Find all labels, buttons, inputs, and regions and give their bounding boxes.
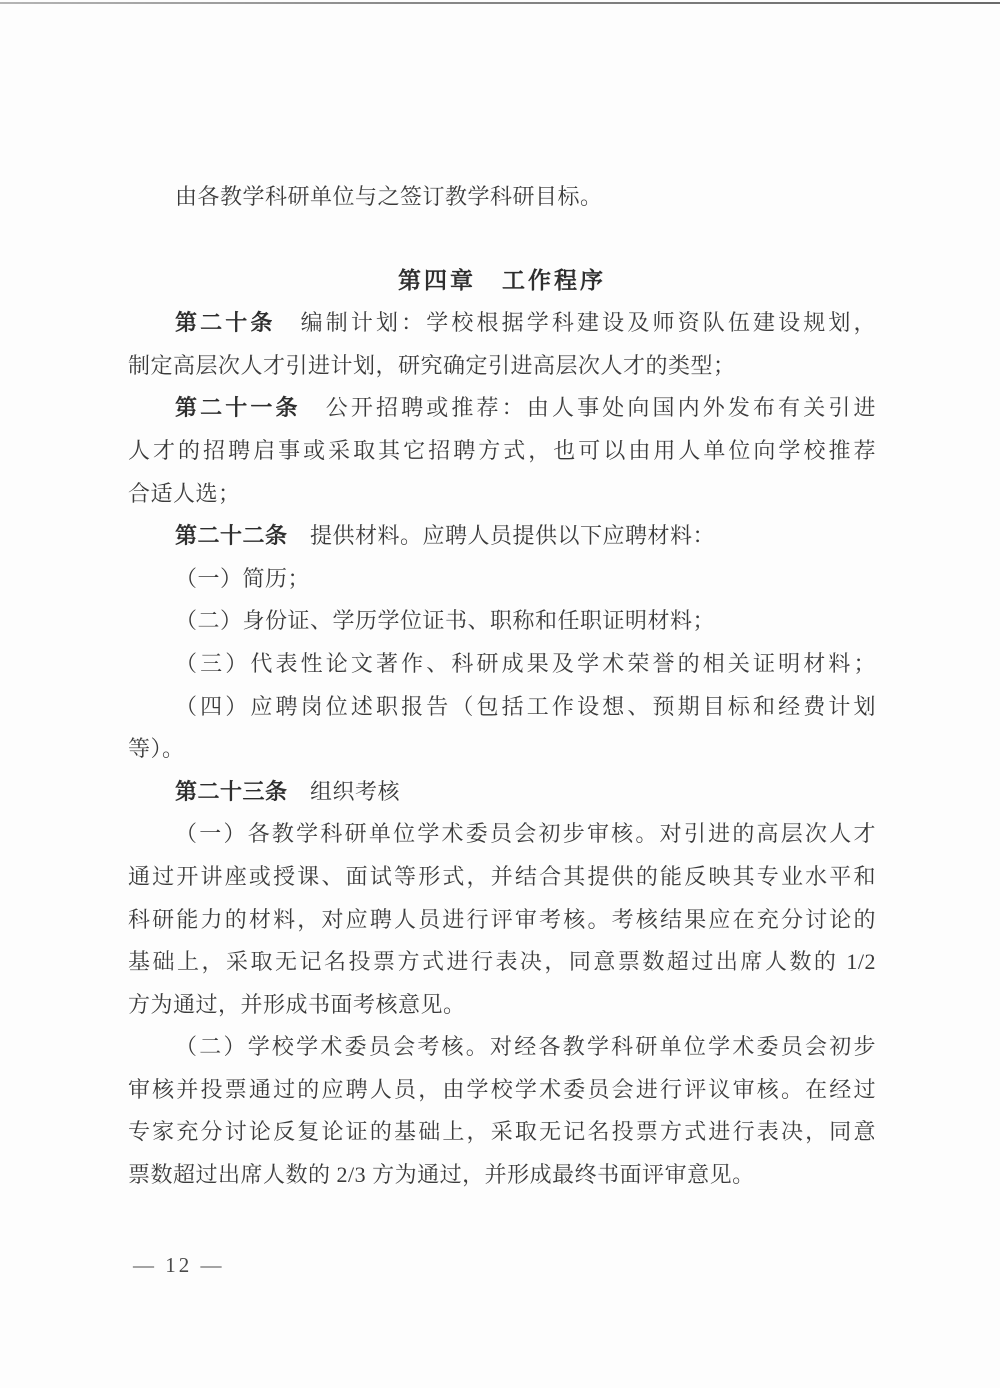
line-text: 科研能力的材料，对应聘人员进行评审考核。考核结果应在充分讨论的 xyxy=(128,907,876,932)
line-text: （二）学校学术委员会考核。对经各教学科研单位学术委员会初步 xyxy=(175,1034,876,1059)
text-line: （一）简历； xyxy=(128,558,876,601)
text-line: （二）身份证、学历学位证书、职称和任职证明材料； xyxy=(128,600,876,643)
text-line: 通过开讲座或授课、面试等形式，并结合其提供的能反映其专业水平和 xyxy=(128,856,876,899)
line-text: 审核并投票通过的应聘人员，由学校学术委员会进行评议审核。在经过 xyxy=(128,1077,876,1102)
line-text: 通过开讲座或授课、面试等形式，并结合其提供的能反映其专业水平和 xyxy=(128,864,876,889)
line-text: 票数超过出席人数的 2/3 方为通过，并形成最终书面评审意见。 xyxy=(128,1162,755,1187)
line-text: 制定高层次人才引进计划，研究确定引进高层次人才的类型； xyxy=(128,353,736,378)
text-line: 审核并投票通过的应聘人员，由学校学术委员会进行评议审核。在经过 xyxy=(128,1069,876,1112)
article-number: 第二十一条 xyxy=(175,395,301,420)
line-text: （四）应聘岗位述职报告（包括工作设想、预期目标和经费计划 xyxy=(175,694,876,719)
text-line: （三）代表性论文著作、科研成果及学术荣誉的相关证明材料； xyxy=(128,643,876,686)
line-text: （一）各教学科研单位学术委员会初步审核。对引进的高层次人才 xyxy=(175,821,876,846)
line-text: 方为通过，并形成书面考核意见。 xyxy=(128,992,466,1017)
text-line: 制定高层次人才引进计划，研究确定引进高层次人才的类型； xyxy=(128,345,876,388)
text-line: 科研能力的材料，对应聘人员进行评审考核。考核结果应在充分讨论的 xyxy=(128,899,876,942)
text-line: （四）应聘岗位述职报告（包括工作设想、预期目标和经费计划 xyxy=(128,686,876,729)
line-text: （二）身份证、学历学位证书、职称和任职证明材料； xyxy=(175,608,715,633)
text-line: 专家充分讨论反复论证的基础上，采取无记名投票方式进行表决，同意 xyxy=(128,1111,876,1154)
line-text: 编制计划：学校根据学科建设及师资队伍建设规划， xyxy=(276,310,876,335)
text-line: （一）各教学科研单位学术委员会初步审核。对引进的高层次人才 xyxy=(128,813,876,856)
text-line: 第二十条 编制计划：学校根据学科建设及师资队伍建设规划， xyxy=(128,302,876,345)
article-number: 第二十三条 xyxy=(175,779,288,804)
line-text: 组织考核 xyxy=(288,779,401,804)
text-line: 人才的招聘启事或采取其它招聘方式，也可以由用人单位向学校推荐 xyxy=(128,430,876,473)
line-text: 人才的招聘启事或采取其它招聘方式，也可以由用人单位向学校推荐 xyxy=(128,438,876,463)
chapter-heading: 第四章 工作程序 xyxy=(128,260,876,303)
line-text: 提供材料。应聘人员提供以下应聘材料： xyxy=(288,523,716,548)
scan-artifact-top-line xyxy=(0,2,1000,4)
line-text: （三）代表性论文著作、科研成果及学术荣誉的相关证明材料； xyxy=(175,651,876,676)
line-text: 基础上，采取无记名投票方式进行表决，同意票数超过出席人数的 1/2 xyxy=(128,949,876,974)
line-text: 专家充分讨论反复论证的基础上，采取无记名投票方式进行表决，同意 xyxy=(128,1119,876,1144)
text-line: （二）学校学术委员会考核。对经各教学科研单位学术委员会初步 xyxy=(128,1026,876,1069)
text-line: 方为通过，并形成书面考核意见。 xyxy=(128,984,876,1027)
intro-paragraph-line: 由各教学科研单位与之签订教学科研目标。 xyxy=(128,176,876,219)
line-text: 公开招聘或推荐：由人事处向国内外发布有关引进 xyxy=(301,395,876,420)
line-text: 合适人选； xyxy=(128,481,241,506)
text-line: 票数超过出席人数的 2/3 方为通过，并形成最终书面评审意见。 xyxy=(128,1154,876,1197)
line-text: 等）。 xyxy=(128,736,185,761)
scanned-document-page: 由各教学科研单位与之签订教学科研目标。 第四章 工作程序 第二十条 编制计划：学… xyxy=(0,0,1000,1388)
text-line: 基础上，采取无记名投票方式进行表决，同意票数超过出席人数的 1/2 xyxy=(128,941,876,984)
text-line: 等）。 xyxy=(128,728,876,771)
article-number: 第二十条 xyxy=(175,310,276,335)
text-line: 第二十二条 提供材料。应聘人员提供以下应聘材料： xyxy=(128,515,876,558)
line-text: （一）简历； xyxy=(175,566,310,591)
document-lines: 第二十条 编制计划：学校根据学科建设及师资队伍建设规划，制定高层次人才引进计划，… xyxy=(128,302,876,1196)
article-number: 第二十二条 xyxy=(175,523,288,548)
text-line: 第二十一条 公开招聘或推荐：由人事处向国内外发布有关引进 xyxy=(128,387,876,430)
text-line: 合适人选； xyxy=(128,473,876,516)
text-line: 第二十三条 组织考核 xyxy=(128,771,876,814)
document-content: 由各教学科研单位与之签订教学科研目标。 第四章 工作程序 第二十条 编制计划：学… xyxy=(128,176,876,1197)
page-number: — 12 — xyxy=(133,1253,225,1278)
